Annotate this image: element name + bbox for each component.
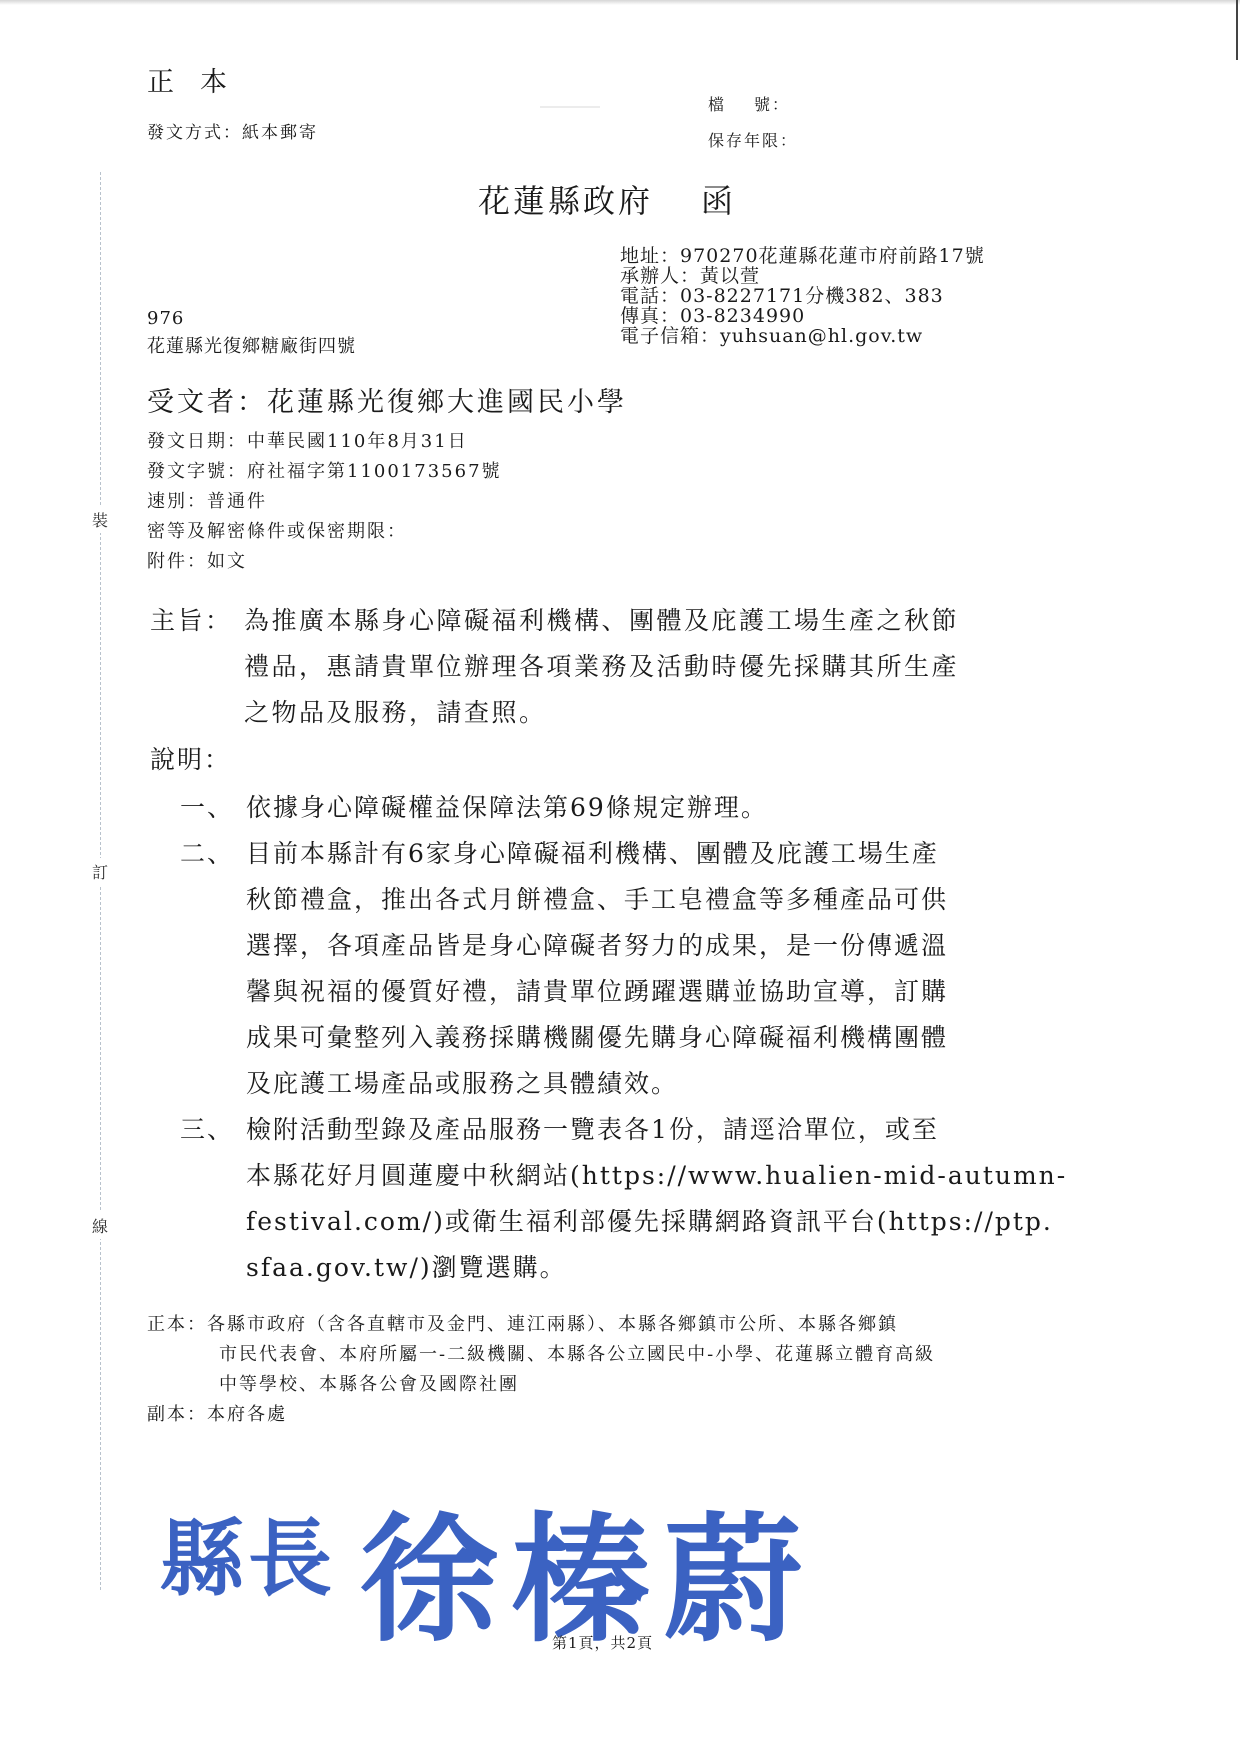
scan-edge-top [0, 0, 1240, 5]
item-number: 三、 [180, 1107, 234, 1153]
explanation-item-2: 二、 目前本縣計有6家身心障礙福利機構、團體及庇護工場生產 秋節禮盒，推出各式月… [180, 831, 1067, 1107]
binding-mark-ding: 訂 [92, 858, 108, 885]
explanation-label: 說明： [150, 740, 231, 776]
retention-period-field: 保存年限： [708, 128, 798, 151]
item-line: 檢附活動型錄及產品服務一覽表各1份，請逕洽單位，或至 [180, 1107, 1067, 1153]
item-line: 及庇護工場產品或服務之具體績效。 [180, 1061, 1067, 1107]
file-number-label-b: 號： [754, 95, 790, 114]
original-recipients-line: 中等學校、本縣各公會及國際社團 [147, 1370, 935, 1400]
recipient-postal-code: 976 [147, 305, 356, 333]
original-recipients-line: 正本：各縣市政府（含各直轄市及金門、連江兩縣）、本縣各鄉鎮市公所、本縣各鄉鎮 [147, 1310, 935, 1340]
sender-phone: 電話：03-8227171分機382、383 [620, 286, 985, 306]
recipient: 受文者：花蓮縣光復鄉大進國民小學 [147, 380, 627, 419]
classification: 密等及解密條件或保密期限： [147, 517, 502, 547]
item-line: 成果可彙整列入義務採購機關優先購身心障礙福利機構團體 [180, 1015, 1067, 1061]
sender-officer: 承辦人：黃以萱 [620, 266, 985, 286]
file-number-field: 檔號： [708, 92, 790, 115]
sender-address: 地址：970270花蓮縣花蓮市府前路17號 [620, 246, 985, 266]
magistrate-signature-stamp: 縣長徐榛蔚 [160, 1470, 816, 1668]
document-title: 花蓮縣政府函 [478, 176, 736, 222]
subject-label: 主旨： [150, 598, 233, 644]
item-line-with-link: festival.com/)或衛生福利部優先採購網路資訊平台(https://p… [180, 1199, 1067, 1245]
file-number-label-a: 檔 [708, 95, 726, 114]
agency-name: 花蓮縣政府 [478, 182, 653, 220]
item-line: 依據身心障礙權益保障法第69條規定辦理。 [180, 785, 1067, 831]
subject-section: 主旨： 為推廣本縣身心障礙福利機構、團體及庇護工場生產之秋節 禮品，惠請貴單位辦… [150, 598, 1100, 736]
distribution-list: 正本：各縣市政府（含各直轄市及金門、連江兩縣）、本縣各鄉鎮市公所、本縣各鄉鎮 市… [147, 1310, 935, 1430]
item-line: 目前本縣計有6家身心障礙福利機構、團體及庇護工場生產 [180, 831, 1067, 877]
item-number: 一、 [180, 785, 234, 831]
subject-line: 禮品，惠請貴單位辦理各項業務及活動時優先採購其所生產 [150, 644, 1100, 690]
original-recipients-line: 市民代表會、本府所屬一-二級機關、本縣各公立國民中-小學、花蓮縣立體育高級 [147, 1340, 935, 1370]
dispatch-method: 發文方式：紙本郵寄 [147, 118, 318, 143]
explanation-items: 一、 依據身心障礙權益保障法第69條規定辦理。 二、 目前本縣計有6家身心障礙福… [180, 785, 1067, 1291]
sender-contact-block: 地址：970270花蓮縣花蓮市府前路17號 承辦人：黃以萱 電話：03-8227… [620, 246, 985, 346]
document-meta: 發文日期：中華民國110年8月31日 發文字號：府社福字第1100173567號… [147, 427, 502, 577]
item-line: 馨與祝福的優質好禮，請貴單位踴躍選購並協助宣導，訂購 [180, 969, 1067, 1015]
document-number: 發文字號：府社福字第1100173567號 [147, 457, 502, 487]
recipient-address-block: 976 花蓮縣光復鄉糖廠街四號 [147, 305, 356, 361]
binding-mark-zhuang: 裝 [92, 506, 108, 533]
explanation-item-1: 一、 依據身心障礙權益保障法第69條規定辦理。 [180, 785, 1067, 831]
sender-email: 電子信箱：yuhsuan@hl.gov.tw [620, 326, 985, 346]
document-type: 函 [701, 182, 736, 220]
scan-edge-right [1236, 0, 1238, 60]
item-line: 秋節禮盒，推出各式月餅禮盒、手工皂禮盒等多種產品可供 [180, 877, 1067, 923]
copy-type-label: 正本 [147, 60, 253, 99]
explanation-item-3: 三、 檢附活動型錄及產品服務一覽表各1份，請逕洽單位，或至 本縣花好月圓蓮慶中秋… [180, 1107, 1067, 1291]
sender-fax: 傳真：03-8234990 [620, 306, 985, 326]
item-line-with-link: 本縣花好月圓蓮慶中秋網站(https://www.hualien-mid-aut… [180, 1153, 1067, 1199]
scan-artifact [540, 106, 600, 108]
item-number: 二、 [180, 831, 234, 877]
subject-line: 為推廣本縣身心障礙福利機構、團體及庇護工場生產之秋節 [150, 598, 1100, 644]
item-line: 選擇，各項產品皆是身心障礙者努力的成果，是一份傳遞溫 [180, 923, 1067, 969]
subject-line: 之物品及服務，請查照。 [150, 690, 1100, 736]
copy-recipients: 副本：本府各處 [147, 1400, 935, 1430]
issue-date: 發文日期：中華民國110年8月31日 [147, 427, 502, 457]
recipient-street: 花蓮縣光復鄉糖廠街四號 [147, 333, 356, 361]
binding-mark-xian: 線 [92, 1212, 108, 1239]
page-number: 第1頁，共2頁 [552, 1632, 653, 1653]
attachment: 附件：如文 [147, 547, 502, 577]
item-line-with-link: sfaa.gov.tw/)瀏覽選購。 [180, 1245, 1067, 1291]
signature-title: 縣長 [160, 1492, 336, 1613]
priority: 速別：普通件 [147, 487, 502, 517]
